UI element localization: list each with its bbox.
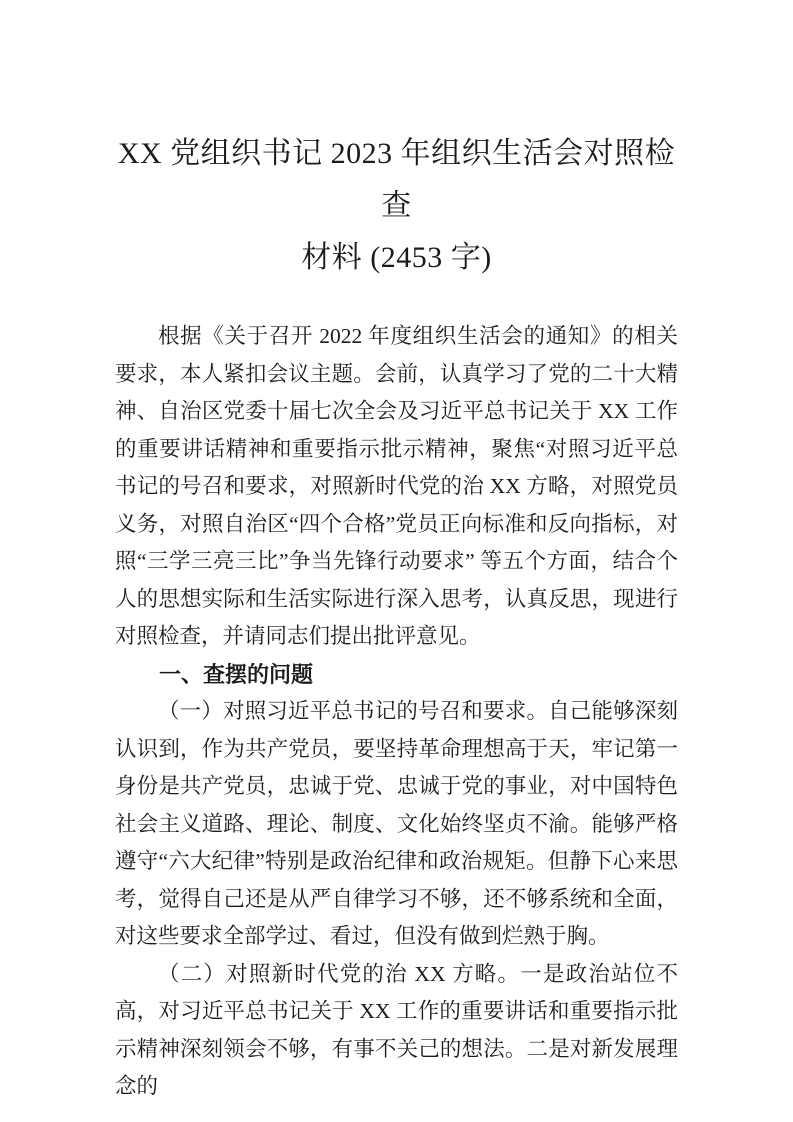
document-body: 根据《关于召开 2022 年度组织生活会的通知》的相关要求，本人紧扣会议主题。会… — [115, 318, 678, 1106]
document-title: XX 党组织书记 2023 年组织生活会对照检查 材料 (2453 字) — [115, 128, 678, 284]
document-title-line-1: XX 党组织书记 2023 年组织生活会对照检查 — [118, 137, 675, 222]
subsection-paragraph-2: （二）对照新时代党的治 XX 方略。一是政治站位不高，对习近平总书记关于 XX … — [115, 956, 678, 1106]
intro-paragraph: 根据《关于召开 2022 年度组织生活会的通知》的相关要求，本人紧扣会议主题。会… — [115, 318, 678, 656]
section-heading-problems: 一、查摆的问题 — [115, 656, 678, 694]
document-page: XX 党组织书记 2023 年组织生活会对照检查 材料 (2453 字) 根据《… — [0, 0, 793, 1122]
document-title-line-2: 材料 (2453 字) — [301, 241, 491, 274]
subsection-paragraph-1: （一）对照习近平总书记的号召和要求。自己能够深刻认识到，作为共产党员，要坚持革命… — [115, 693, 678, 956]
